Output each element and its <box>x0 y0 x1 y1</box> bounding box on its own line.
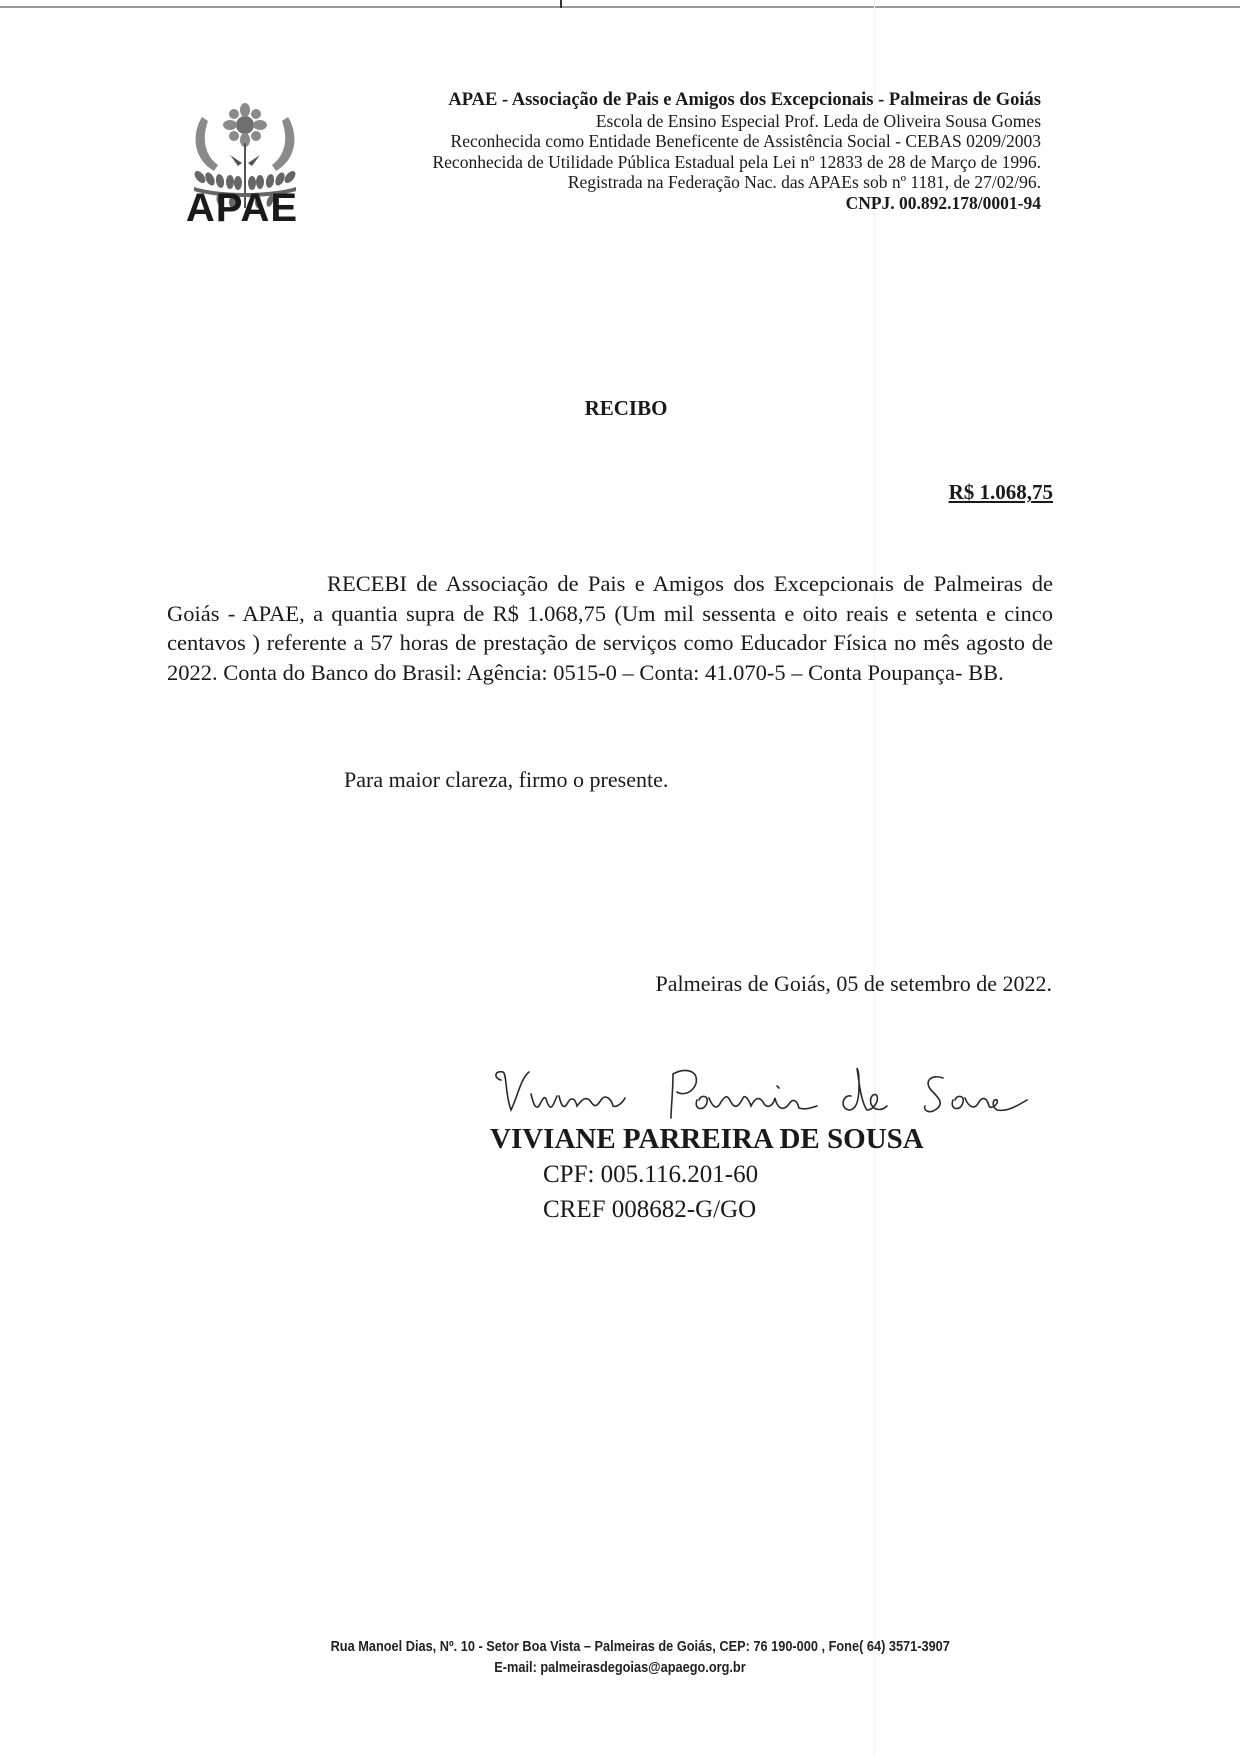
letterhead-line: Reconhecida de Utilidade Pública Estadua… <box>432 152 1041 173</box>
receipt-amount: R$ 1.068,75 <box>949 480 1053 505</box>
letterhead-line: Escola de Ensino Especial Prof. Leda de … <box>432 111 1041 132</box>
place-and-date: Palmeiras de Goiás, 05 de setembro de 20… <box>655 971 1052 997</box>
receipt-body: RECEBI de Associação de Pais e Amigos do… <box>167 569 1053 687</box>
signer-name: VIVIANE PARREIRA DE SOUSA <box>490 1123 924 1156</box>
signer-cpf: CPF: 005.116.201-60 <box>543 1161 758 1189</box>
scan-edge-tick <box>560 0 562 8</box>
letterhead-line: Reconhecida como Entidade Beneficente de… <box>432 131 1041 152</box>
apae-logo-text: APAE <box>180 186 304 231</box>
letterhead: APAE - Associação de Pais e Amigos dos E… <box>432 90 1041 213</box>
cnpj: CNPJ. 00.892.178/0001-94 <box>432 193 1041 214</box>
footer: Rua Manoel Dias, Nº. 10 - Setor Boa Vist… <box>74 1637 1165 1679</box>
handwritten-signature-icon <box>487 1058 1037 1128</box>
page-fold-line <box>874 0 875 1755</box>
footer-address: Rua Manoel Dias, Nº. 10 - Setor Boa Vist… <box>74 1637 1165 1658</box>
org-name: APAE - Associação de Pais e Amigos dos E… <box>432 90 1041 111</box>
scan-edge-line <box>0 6 1240 8</box>
signer-cref: CREF 008682-G/GO <box>543 1196 756 1224</box>
closing-statement: Para maior clareza, firmo o presente. <box>344 767 668 793</box>
footer-email: E-mail: palmeirasdegoias@apaego.org.br <box>74 1658 1165 1679</box>
letterhead-line: Registrada na Federação Nac. das APAEs s… <box>432 172 1041 193</box>
document-title: RECIBO <box>0 396 1240 421</box>
